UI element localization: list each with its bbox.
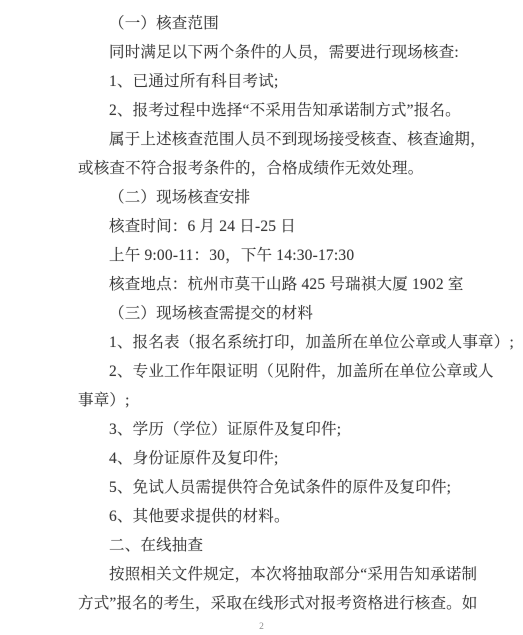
doc-line-list-item: 3、学历（学位）证原件及复印件; [78,415,473,444]
doc-line-check-location: 核查地点：杭州市莫干山路 425 号瑞祺大厦 1902 室 [78,270,473,299]
document-page: （一）核查范围 同时满足以下两个条件的人员，需要进行现场核查: 1、已通过所有科… [0,0,523,635]
doc-line-list-item: 2、专业工作年限证明（见附件，加盖所在单位公章或人 [78,357,473,386]
doc-line-section-3-heading: （三）现场核查需提交的材料 [78,299,473,328]
doc-line: 属于上述核查范围人员不到现场接受核查、核查逾期， [78,125,473,154]
doc-line-check-time: 核查时间：6 月 24 日-25 日 [78,212,473,241]
doc-line-list-item: 2、报考过程中选择“不采用告知承诺制方式”报名。 [78,96,473,125]
doc-line: 按照相关文件规定，本次将抽取部分“采用告知承诺制 [78,560,473,589]
doc-line: 事章）; [78,386,473,415]
doc-line-section-1-heading: （一）核查范围 [78,9,473,38]
doc-line-check-hours: 上午 9:00-11：30，下午 14:30-17:30 [78,241,473,270]
doc-line: 同时满足以下两个条件的人员，需要进行现场核查: [78,38,473,67]
doc-line: 或核查不符合报考条件的，合格成绩作无效处理。 [78,154,473,183]
doc-line-list-item: 1、报名表（报名系统打印，加盖所在单位公章或人事章）; [78,328,473,357]
doc-line-list-item: 6、其他要求提供的材料。 [78,502,473,531]
page-number: 2 [0,622,523,632]
doc-line-list-item: 4、身份证原件及复印件; [78,444,473,473]
doc-line-list-item: 1、已通过所有科目考试; [78,67,473,96]
doc-line: 方式”报名的考生，采取在线形式对报考资格进行核查。如 [78,589,473,618]
doc-line-list-item: 5、免试人员需提供符合免试条件的原件及复印件; [78,473,473,502]
doc-line-section-heading-online-check: 二、在线抽查 [78,531,473,560]
doc-line-section-2-heading: （二）现场核查安排 [78,183,473,212]
